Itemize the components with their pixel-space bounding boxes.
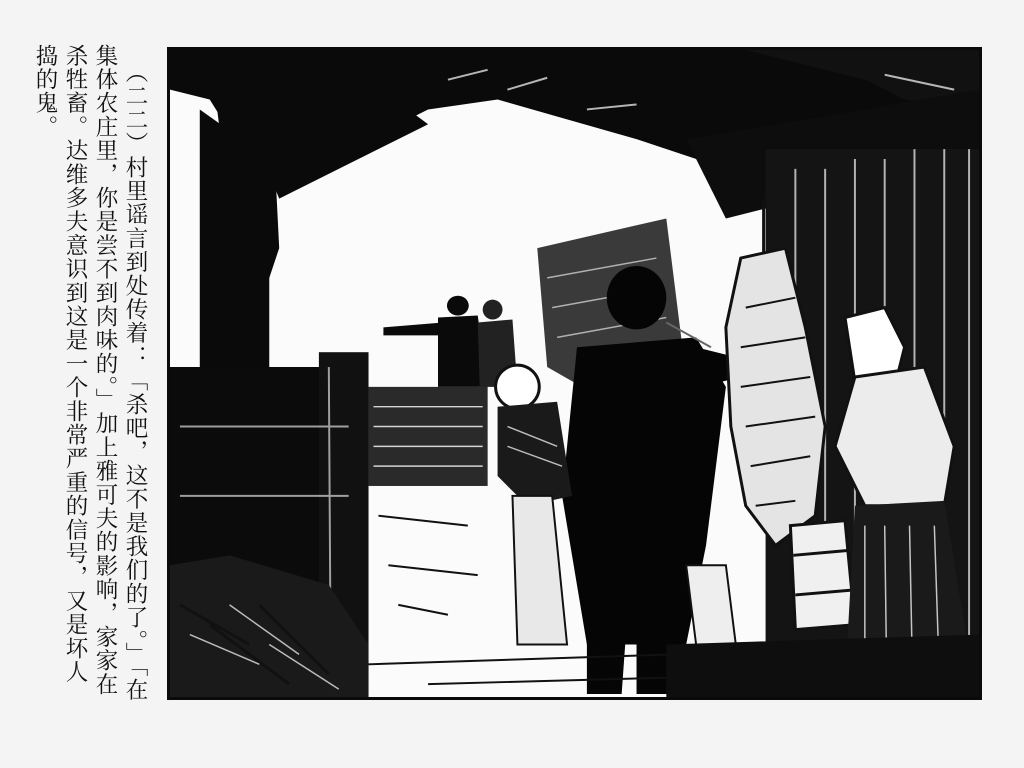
illustration-panel	[167, 47, 982, 700]
panel-number: （二二）	[122, 61, 148, 156]
barn-scene-illustration	[170, 50, 979, 697]
caption-text: （二二）村里谣言到处传着：「杀吧，这不是我们的了。」「在集体农庄里，你是尝不到肉…	[30, 44, 180, 704]
wooden-bucket	[790, 521, 855, 630]
